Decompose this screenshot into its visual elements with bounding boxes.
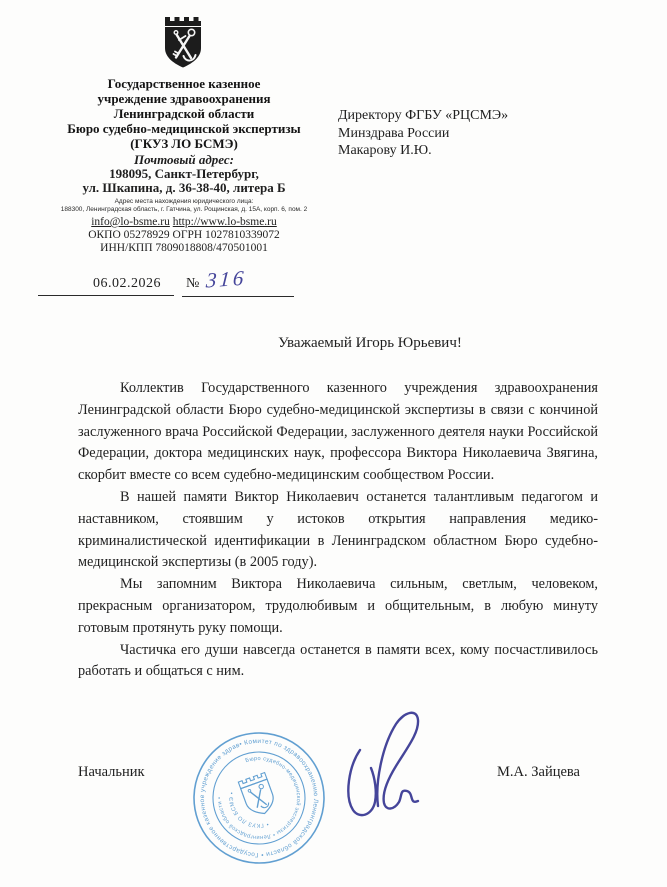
- body-paragraph: В нашей памяти Виктор Николаевич останет…: [78, 487, 598, 574]
- letterhead-block: Государственное казенное учреждение здра…: [22, 76, 346, 254]
- salutation: Уважаемый Игорь Юрьевич!: [250, 335, 490, 352]
- signer-name: М.А. Зайцева: [497, 764, 580, 781]
- letter-date: 06.02.2026: [93, 276, 161, 292]
- official-round-stamp: • Комитет по здравоохранению Ленинградск…: [190, 729, 328, 867]
- contact-links-line: info@lo-bsme.ru http://www.lo-bsme.ru: [22, 216, 346, 229]
- coat-of-arms-icon: [152, 14, 214, 74]
- email-text: info@lo-bsme.ru: [91, 216, 170, 228]
- handwritten-signature: [330, 698, 442, 830]
- number-sign-label: №: [186, 276, 199, 292]
- handwritten-letter-number: 316: [205, 265, 247, 293]
- number-underline: [182, 296, 294, 297]
- postal-address-line: 198095, Санкт-Петербург,: [22, 167, 346, 181]
- org-name-line: Государственное казенное: [22, 76, 346, 91]
- letter-body: Коллектив Государственного казенного учр…: [78, 378, 598, 683]
- legal-address-label: Адрес места нахождения юридического лица…: [22, 198, 346, 206]
- body-paragraph: Мы запомним Виктора Николаевича сильным,…: [78, 574, 598, 639]
- scanned-letter-page: Государственное казенное учреждение здра…: [0, 0, 667, 887]
- postal-address-line: ул. Шкапина, д. 36-38-40, литера Б: [22, 181, 346, 195]
- legal-address: 188300, Ленинградская область, г. Гатчин…: [22, 206, 346, 214]
- recipient-line: Директору ФГБУ «РЦСМЭ»: [338, 107, 508, 125]
- stamp-shield-icon: [238, 773, 277, 819]
- recipient-line: Макарову И.Ю.: [338, 142, 508, 160]
- okpo-ogrn-line: ОКПО 05278929 ОГРН 1027810339072: [22, 229, 346, 242]
- website-text: http://www.lo-bsme.ru: [173, 216, 277, 228]
- org-name-line: учреждение здравоохранения: [22, 91, 346, 106]
- org-abbreviation: (ГКУЗ ЛО БСМЭ): [22, 136, 346, 151]
- org-name-line: Ленинградской области: [22, 106, 346, 121]
- recipient-block: Директору ФГБУ «РЦСМЭ» Минздрава России …: [338, 107, 508, 160]
- signer-position: Начальник: [78, 764, 145, 781]
- inn-kpp-line: ИНН/КПП 7809018808/470501001: [22, 242, 346, 255]
- date-underline: [38, 295, 174, 296]
- postal-address-label: Почтовый адрес:: [22, 152, 346, 167]
- recipient-line: Минздрава России: [338, 125, 508, 143]
- body-paragraph: Коллектив Государственного казенного учр…: [78, 378, 598, 487]
- org-name-line: Бюро судебно-медицинской экспертизы: [22, 121, 346, 136]
- body-paragraph: Частичка его души навсегда останется в п…: [78, 640, 598, 684]
